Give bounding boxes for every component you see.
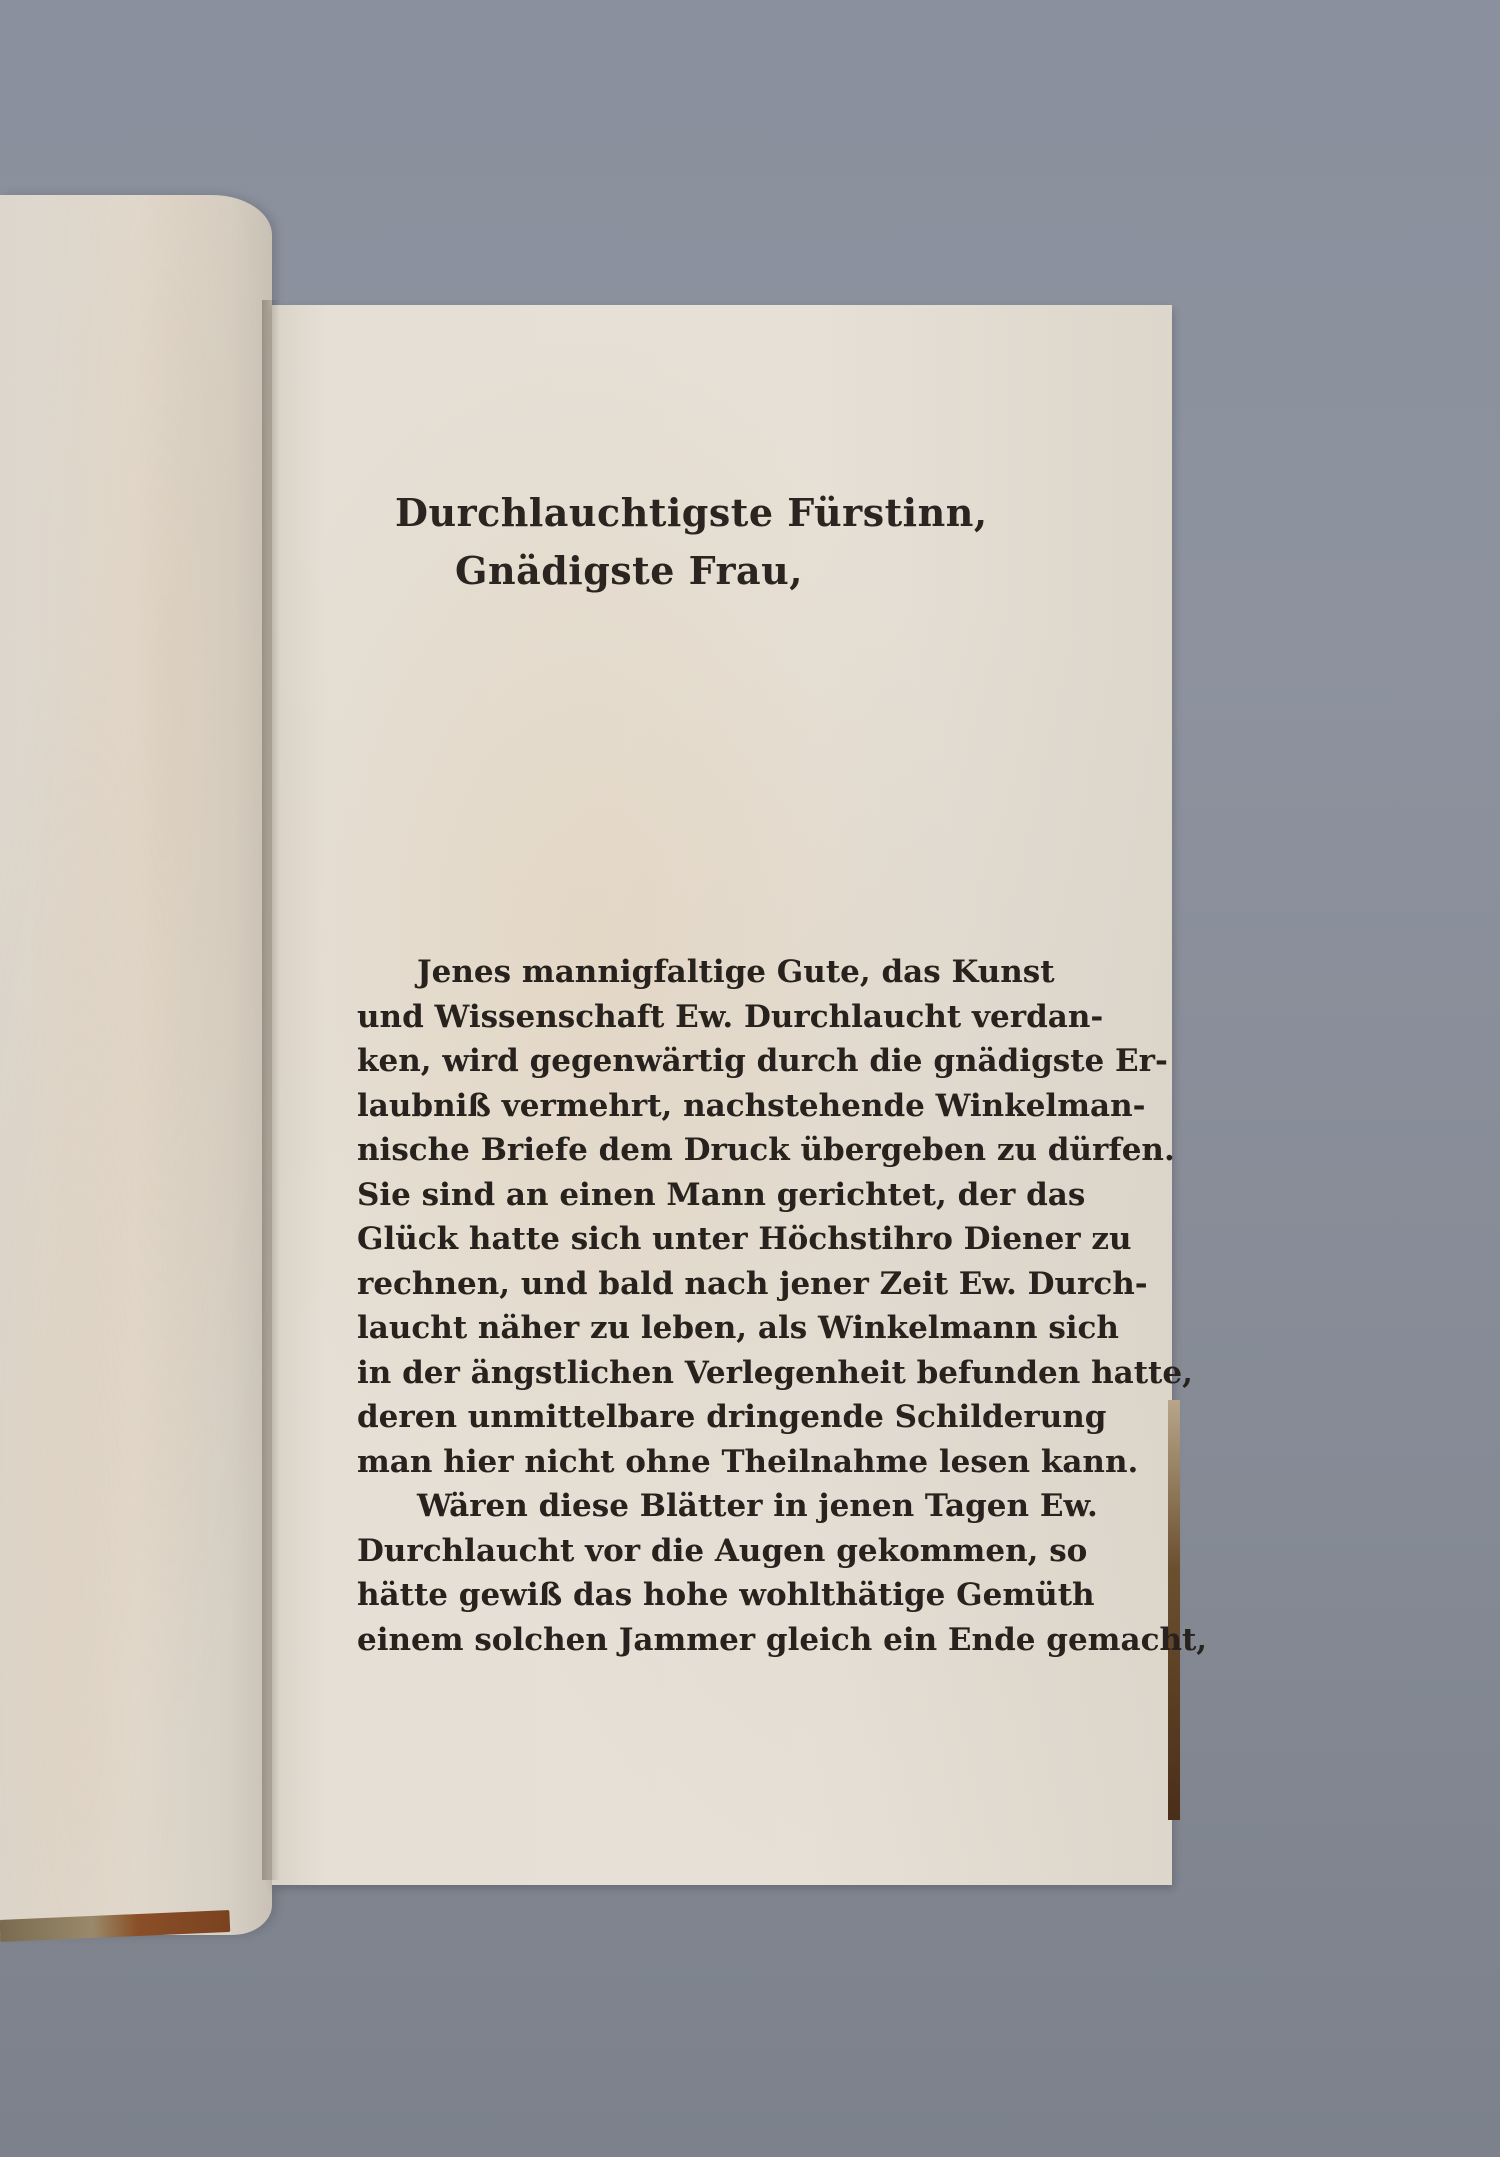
dedication-text: Jenes mannigfaltige Gute, das Kunst und … — [357, 950, 1017, 1662]
text-line: laubniß vermehrt, nachstehende Winkelman… — [357, 1084, 1017, 1129]
text-line: deren unmittelbare dringende Schilderung — [357, 1395, 1017, 1440]
left-page — [0, 195, 272, 1935]
book-gutter-shadow — [262, 300, 280, 1880]
text-line: Jenes mannigfaltige Gute, das Kunst — [357, 950, 1017, 995]
book-fore-edge — [1168, 1400, 1180, 1820]
text-line: Durchlaucht vor die Augen gekommen, so — [357, 1529, 1017, 1574]
text-line: in der ängstlichen Verlegenheit befunden… — [357, 1351, 1017, 1396]
salutation-line-2: Gnädigste Frau, — [455, 548, 803, 593]
text-line: ken, wird gegenwärtig durch die gnädigst… — [357, 1039, 1017, 1084]
salutation-line-1: Durchlauchtigste Fürstinn, — [395, 490, 988, 535]
text-line: man hier nicht ohne Theilnahme lesen kan… — [357, 1440, 1017, 1485]
text-line: laucht näher zu leben, als Winkelmann si… — [357, 1306, 1017, 1351]
text-line: rechnen, und bald nach jener Zeit Ew. Du… — [357, 1262, 1017, 1307]
text-line: nische Briefe dem Druck übergeben zu dür… — [357, 1128, 1017, 1173]
text-line: und Wissenschaft Ew. Durchlaucht verdan- — [357, 995, 1017, 1040]
text-line: Wären diese Blätter in jenen Tagen Ew. — [357, 1484, 1017, 1529]
text-line: einem solchen Jammer gleich ein Ende gem… — [357, 1618, 1017, 1663]
text-line: hätte gewiß das hohe wohlthätige Gemüth — [357, 1573, 1017, 1618]
text-line: Sie sind an einen Mann gerichtet, der da… — [357, 1173, 1017, 1218]
text-line: Glück hatte sich unter Höchstihro Diener… — [357, 1217, 1017, 1262]
photo-scene: Durchlauchtigste Fürstinn, Gnädigste Fra… — [0, 0, 1500, 2157]
